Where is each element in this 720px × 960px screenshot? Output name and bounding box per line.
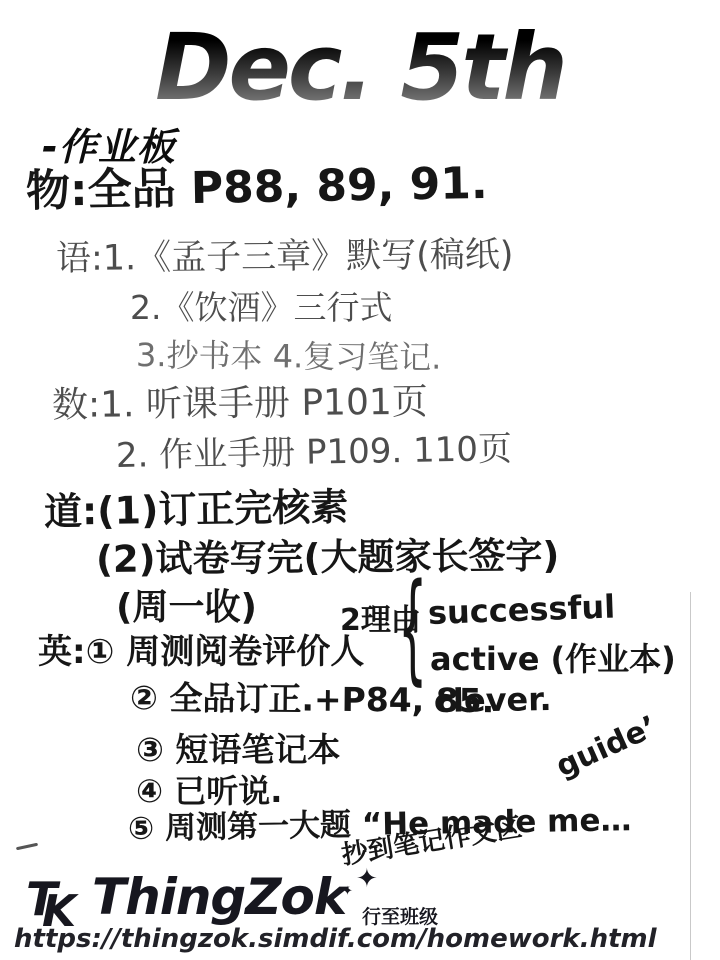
- brand-name: ThingZok: [92, 868, 346, 926]
- line-morality-1: 道:(1)订正完核素: [44, 487, 349, 534]
- date-title: Dec. 5th: [0, 14, 720, 121]
- line-physics: 物:全品 P88, 89, 91.: [26, 160, 488, 216]
- word-active: active (作业本): [430, 642, 676, 677]
- stray-pen-mark: [16, 843, 38, 851]
- word-successful: successful: [427, 589, 615, 631]
- homework-board-photo: Dec. 5th -作业板 物:全品 P88, 89, 91. 语:1.《孟子三…: [0, 0, 720, 960]
- homework-url[interactable]: https://thingzok.simdif.com/homework.htm…: [14, 924, 657, 954]
- line-english-1: 英:① 周测阅卷评价人: [38, 634, 364, 671]
- watermark-footer: T K ThingZok ✦ ✦ 行至班级 https://thingzok.s…: [0, 872, 720, 960]
- line-english-2: ② 全品订正.+P84, 85.: [130, 680, 495, 719]
- line-morality-3: (周一收): [116, 588, 257, 628]
- line-english-3: ③ 短语笔记本: [136, 732, 340, 768]
- line-english-5-guide: guide’: [551, 710, 662, 783]
- line-morality-2: (2)试卷写完(大题家长签字): [96, 536, 560, 581]
- line-english-4: ④ 已听说.: [136, 774, 282, 809]
- sparkle-icon: ✦: [356, 864, 378, 894]
- line-chinese-1: 语:1.《孟子三章》默写(稿纸): [56, 236, 514, 278]
- line-math-1: 数:1. 听课手册 P101页: [52, 383, 428, 426]
- line-chinese-3: 3.抄书本 4.复习笔记.: [136, 338, 442, 376]
- line-math-2: 2. 作业手册 P109. 110页: [116, 431, 513, 475]
- line-chinese-2: 2.《饮酒》三行式: [130, 290, 393, 326]
- curly-brace: {: [398, 557, 427, 697]
- sparkle-small-icon: ✦: [342, 884, 353, 899]
